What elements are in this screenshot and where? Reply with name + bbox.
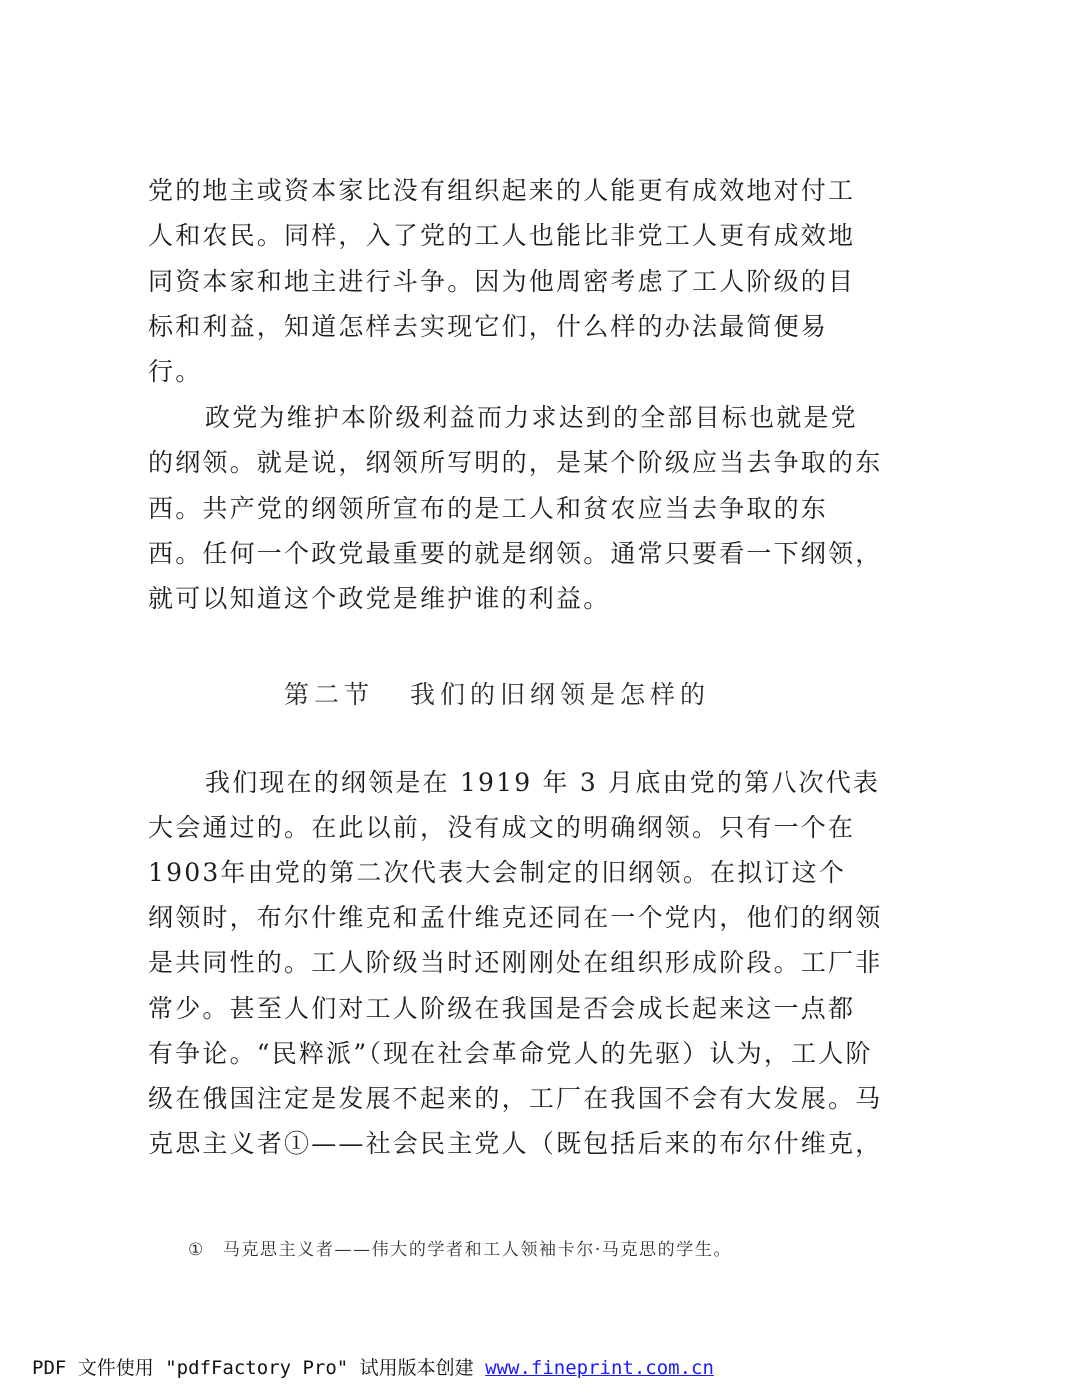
paragraph-1-line-3: 同资本家和地主进行斗争。因为他周密考虑了工人阶级的目 [148, 267, 868, 297]
paragraph-3-line-5: 是共同性的。工人阶级当时还刚刚处在组织形成阶段。工厂非 [148, 948, 868, 978]
watermark-link[interactable]: www.fineprint.com.cn [485, 1357, 714, 1379]
document-page: 党的地主或资本家比没有组织起来的人能更有成效地对付工 人和农民。同样，入了党的工… [0, 0, 1080, 1398]
paragraph-3-line-7: 有争论。“民粹派”（现在社会革命党人的先驱）认为，工人阶 [148, 1039, 868, 1069]
paragraph-2-line-1: 政党为维护本阶级利益而力求达到的全部目标也就是党 [205, 403, 925, 433]
footnote-marker: ① [188, 1240, 205, 1260]
paragraph-3-line-9: 克思主义者①——社会民主党人（既包括后来的布尔什维克， [148, 1129, 868, 1159]
paragraph-2-line-2: 的纲领。就是说，纲领所写明的，是某个阶级应当去争取的东 [148, 448, 868, 478]
paragraph-1-line-5: 行。 [148, 357, 868, 387]
paragraph-3-line-6: 常少。甚至人们对工人阶级在我国是否会成长起来这一点都 [148, 994, 868, 1024]
watermark-text: PDF 文件使用 "pdfFactory Pro" 试用版本创建 [32, 1357, 474, 1379]
paragraph-2-line-4: 西。任何一个政党最重要的就是纲领。通常只要看一下纲领， [148, 539, 868, 569]
paragraph-3-line-8: 级在俄国注定是发展不起来的，工厂在我国不会有大发展。马 [148, 1084, 868, 1114]
paragraph-3-line-4: 纲领时，布尔什维克和孟什维克还同在一个党内，他们的纲领 [148, 903, 868, 933]
section-heading: 第二节我们的旧纲领是怎样的 [284, 680, 710, 710]
section-number: 第二节 [284, 680, 374, 709]
paragraph-2-line-5: 就可以知道这个政党是维护谁的利益。 [148, 584, 868, 614]
paragraph-2-line-3: 西。共产党的纲领所宣布的是工人和贫农应当去争取的东 [148, 494, 868, 524]
paragraph-1-line-2: 人和农民。同样，入了党的工人也能比非党工人更有成效地 [148, 221, 868, 251]
section-title: 我们的旧纲领是怎样的 [410, 680, 710, 709]
paragraph-1-line-1: 党的地主或资本家比没有组织起来的人能更有成效地对付工 [148, 176, 868, 206]
pdf-watermark: PDF 文件使用 "pdfFactory Pro" 试用版本创建 www.fin… [32, 1356, 714, 1380]
paragraph-3-line-3: 1903年由党的第二次代表大会制定的旧纲领。在拟订这个 [148, 858, 868, 888]
paragraph-3-line-2: 大会通过的。在此以前，没有成文的明确纲领。只有一个在 [148, 813, 868, 843]
footnote-text: 马克思主义者——伟大的学者和工人领袖卡尔·马克思的学生。 [223, 1240, 732, 1260]
paragraph-3-line-1: 我们现在的纲领是在 1919 年 3 月底由党的第八次代表 [205, 768, 925, 798]
paragraph-1-line-4: 标和利益，知道怎样去实现它们，什么样的办法最简便易 [148, 312, 868, 342]
footnote: ①马克思主义者——伟大的学者和工人领袖卡尔·马克思的学生。 [188, 1238, 732, 1262]
